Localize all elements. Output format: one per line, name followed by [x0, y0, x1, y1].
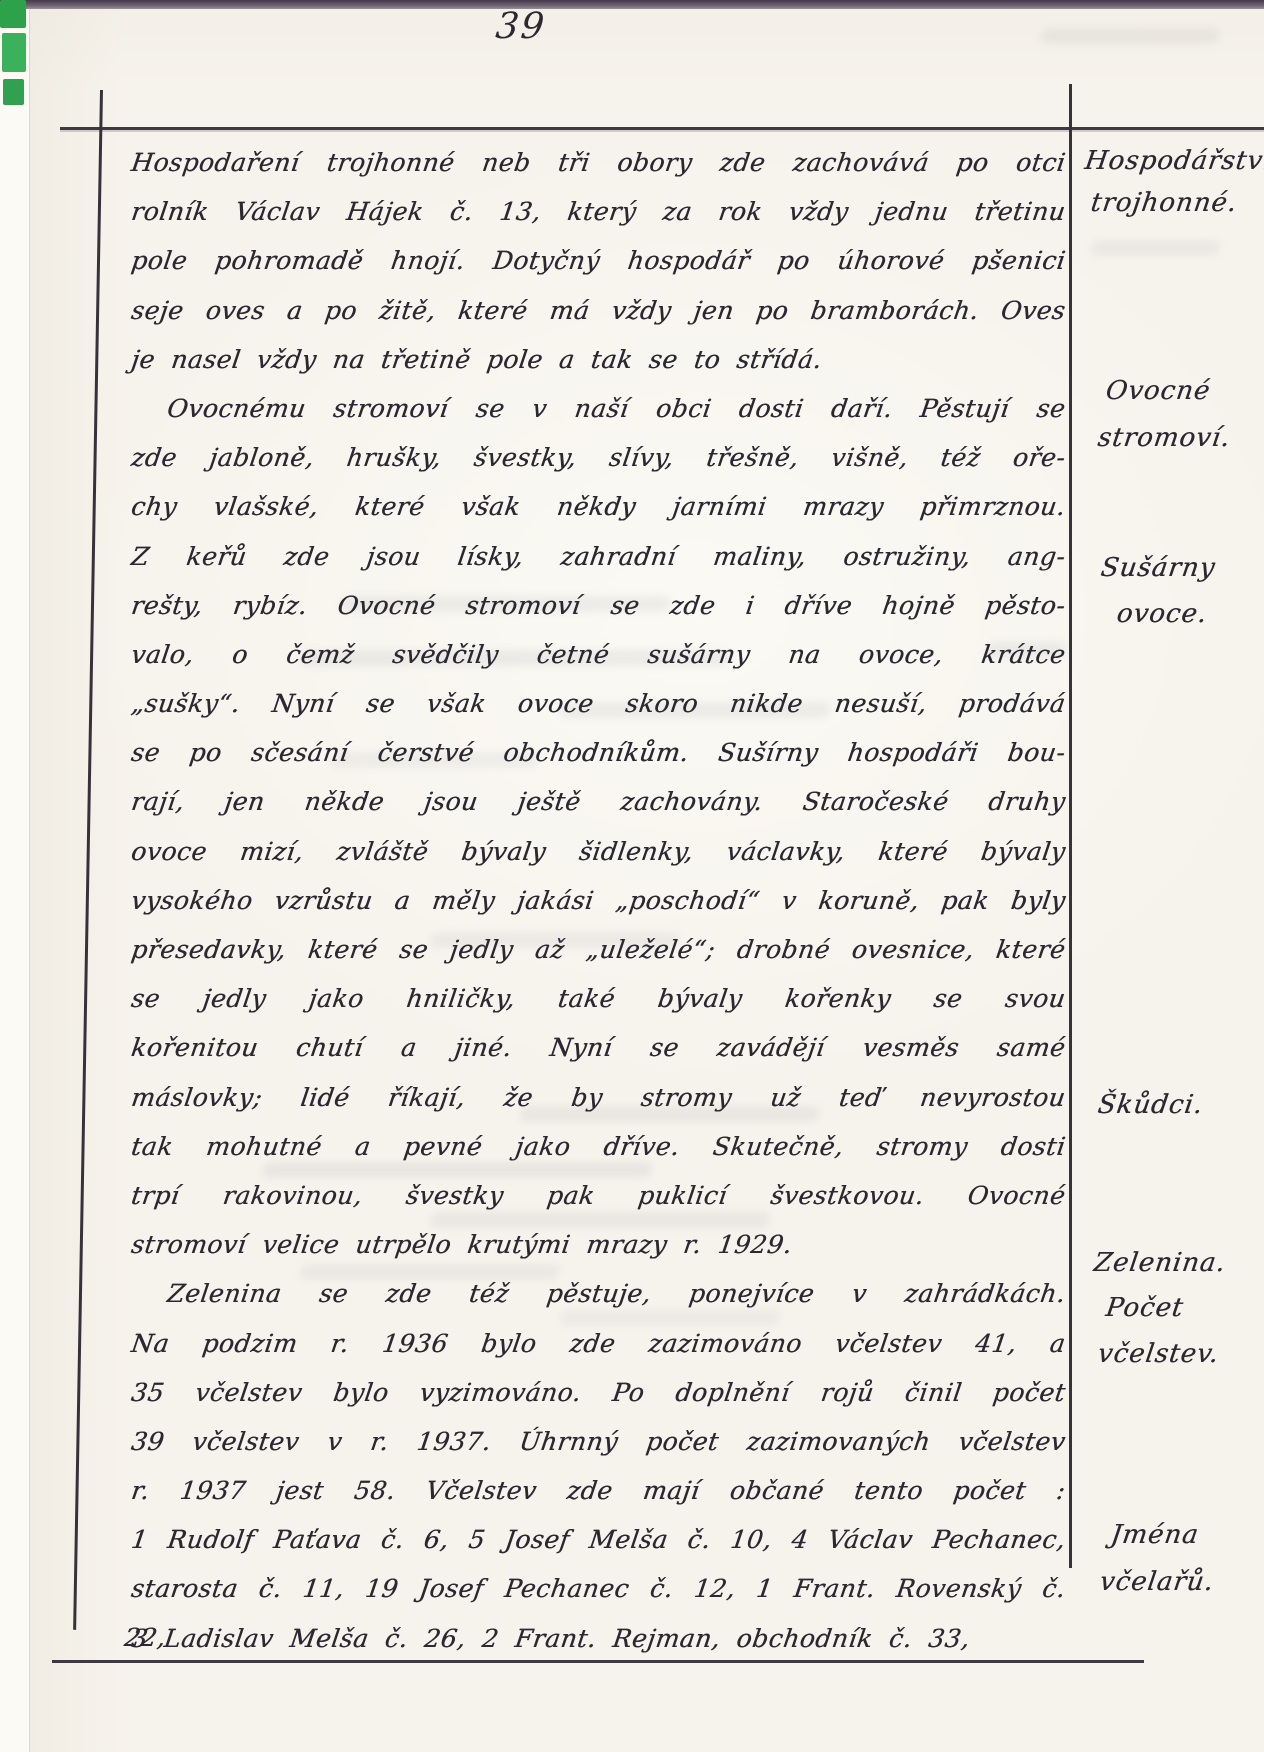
margin-note: Sušárny — [1099, 553, 1217, 583]
text-line: 3 Ladislav Melša č. 26, 2 Frant. Rejman,… — [128, 1614, 1069, 1663]
text-line: Hospodaření trojhonné neb tři obory zde … — [128, 138, 1069, 187]
text-line: r. 1937 jest 58. Včelstev zde mají občan… — [128, 1466, 1069, 1515]
scanner-green-mark — [3, 79, 24, 105]
margin-note: Počet — [1104, 1293, 1186, 1323]
right-margin-line — [1069, 84, 1072, 1568]
text-line: starosta č. 11, 19 Josef Pechanec č. 12,… — [128, 1564, 1069, 1613]
text-line: stromoví velice utrpělo krutými mrazy r.… — [128, 1220, 1069, 1269]
scanned-chronicle-page: { "page": { "number": "39" }, "colors": … — [0, 0, 1264, 1752]
text-line: tak mohutné a pevné jako dříve. Skutečně… — [128, 1122, 1069, 1171]
text-line: se po sčesání čerstvé obchodníkům. Sušír… — [128, 728, 1069, 777]
text-line: trpí rakovinou, švestky pak puklicí šves… — [128, 1171, 1069, 1220]
text-line: Ovocnému stromoví se v naší obci dosti d… — [128, 384, 1069, 433]
scanner-green-mark — [0, 0, 26, 28]
top-rule-line — [60, 127, 1264, 130]
text-line: Zelenina se zde též pěstuje, ponejvíce v… — [128, 1269, 1069, 1318]
text-line: zde jabloně, hrušky, švestky, slívy, tře… — [128, 433, 1069, 482]
text-line: kořenitou chutí a jiné. Nyní se zavádějí… — [128, 1023, 1069, 1072]
text-line: rolník Václav Hájek č. 13, který za rok … — [128, 187, 1069, 236]
text-line: 39 včelstev v r. 1937. Úhrnný počet zazi… — [128, 1417, 1069, 1466]
text-line: Z keřů zde jsou lísky, zahradní maliny, … — [128, 532, 1069, 581]
margin-note: trojhonné. — [1089, 188, 1239, 218]
text-line: je nasel vždy na třetině pole a tak se t… — [128, 335, 1069, 384]
margin-note: stromoví. — [1096, 423, 1233, 453]
bleed-through-artifact — [1039, 28, 1221, 44]
margin-note: Hospodářství — [1083, 146, 1264, 176]
text-line: „sušky“. Nyní se však ovoce skoro nikde … — [128, 679, 1069, 728]
text-line: rešty, rybíz. Ovocné stromoví se zde i d… — [128, 581, 1069, 630]
page-number: 39 — [494, 6, 548, 47]
left-margin-line — [73, 90, 102, 1630]
text-line: se jedly jako hniličky, také bývaly koře… — [128, 974, 1069, 1023]
text-line: chy vlašské, které však někdy jarními mr… — [128, 482, 1069, 531]
margin-note: ovoce. — [1115, 599, 1209, 629]
text-line: 1 Rudolf Paťava č. 6, 5 Josef Melša č. 1… — [128, 1515, 1069, 1564]
margin-note: včelařů. — [1098, 1567, 1216, 1597]
text-line: valo, o čemž svědčily četné sušárny na o… — [128, 630, 1069, 679]
text-line: rají, jen někde jsou ještě zachovány. St… — [128, 777, 1069, 826]
text-line: ovoce mizí, zvláště bývaly šidlenky, vác… — [128, 827, 1069, 876]
margin-note: Ovocné — [1104, 376, 1213, 406]
text-line: pole pohromadě hnojí. Dotyčný hospodář p… — [128, 236, 1069, 285]
margin-note: Zelenina. — [1092, 1248, 1228, 1278]
text-line: přesedavky, které se jedly až „uleželé“;… — [128, 925, 1069, 974]
text-line: vysokého vzrůstu a měly jakási „poschodí… — [128, 876, 1069, 925]
text-line: 35 včelstev bylo vyzimováno. Po doplnění… — [128, 1368, 1069, 1417]
bleed-through-artifact — [1089, 240, 1221, 256]
scanner-green-mark — [2, 33, 26, 72]
margin-note: Jména — [1109, 1520, 1201, 1550]
main-text-column: Hospodaření trojhonné neb tři obory zde … — [128, 138, 1062, 1663]
text-line: máslovky; lidé říkají, že by stromy už t… — [128, 1073, 1069, 1122]
scan-left-edge-strip — [0, 9, 30, 1752]
scan-top-edge-band — [0, 0, 1264, 9]
text-line: Na podzim r. 1936 bylo zde zazimováno vč… — [128, 1319, 1069, 1368]
margin-note: včelstev. — [1096, 1339, 1221, 1369]
margin-note: Škůdci. — [1096, 1090, 1205, 1120]
text-line: seje oves a po žitě, které má vždy jen p… — [128, 286, 1069, 335]
